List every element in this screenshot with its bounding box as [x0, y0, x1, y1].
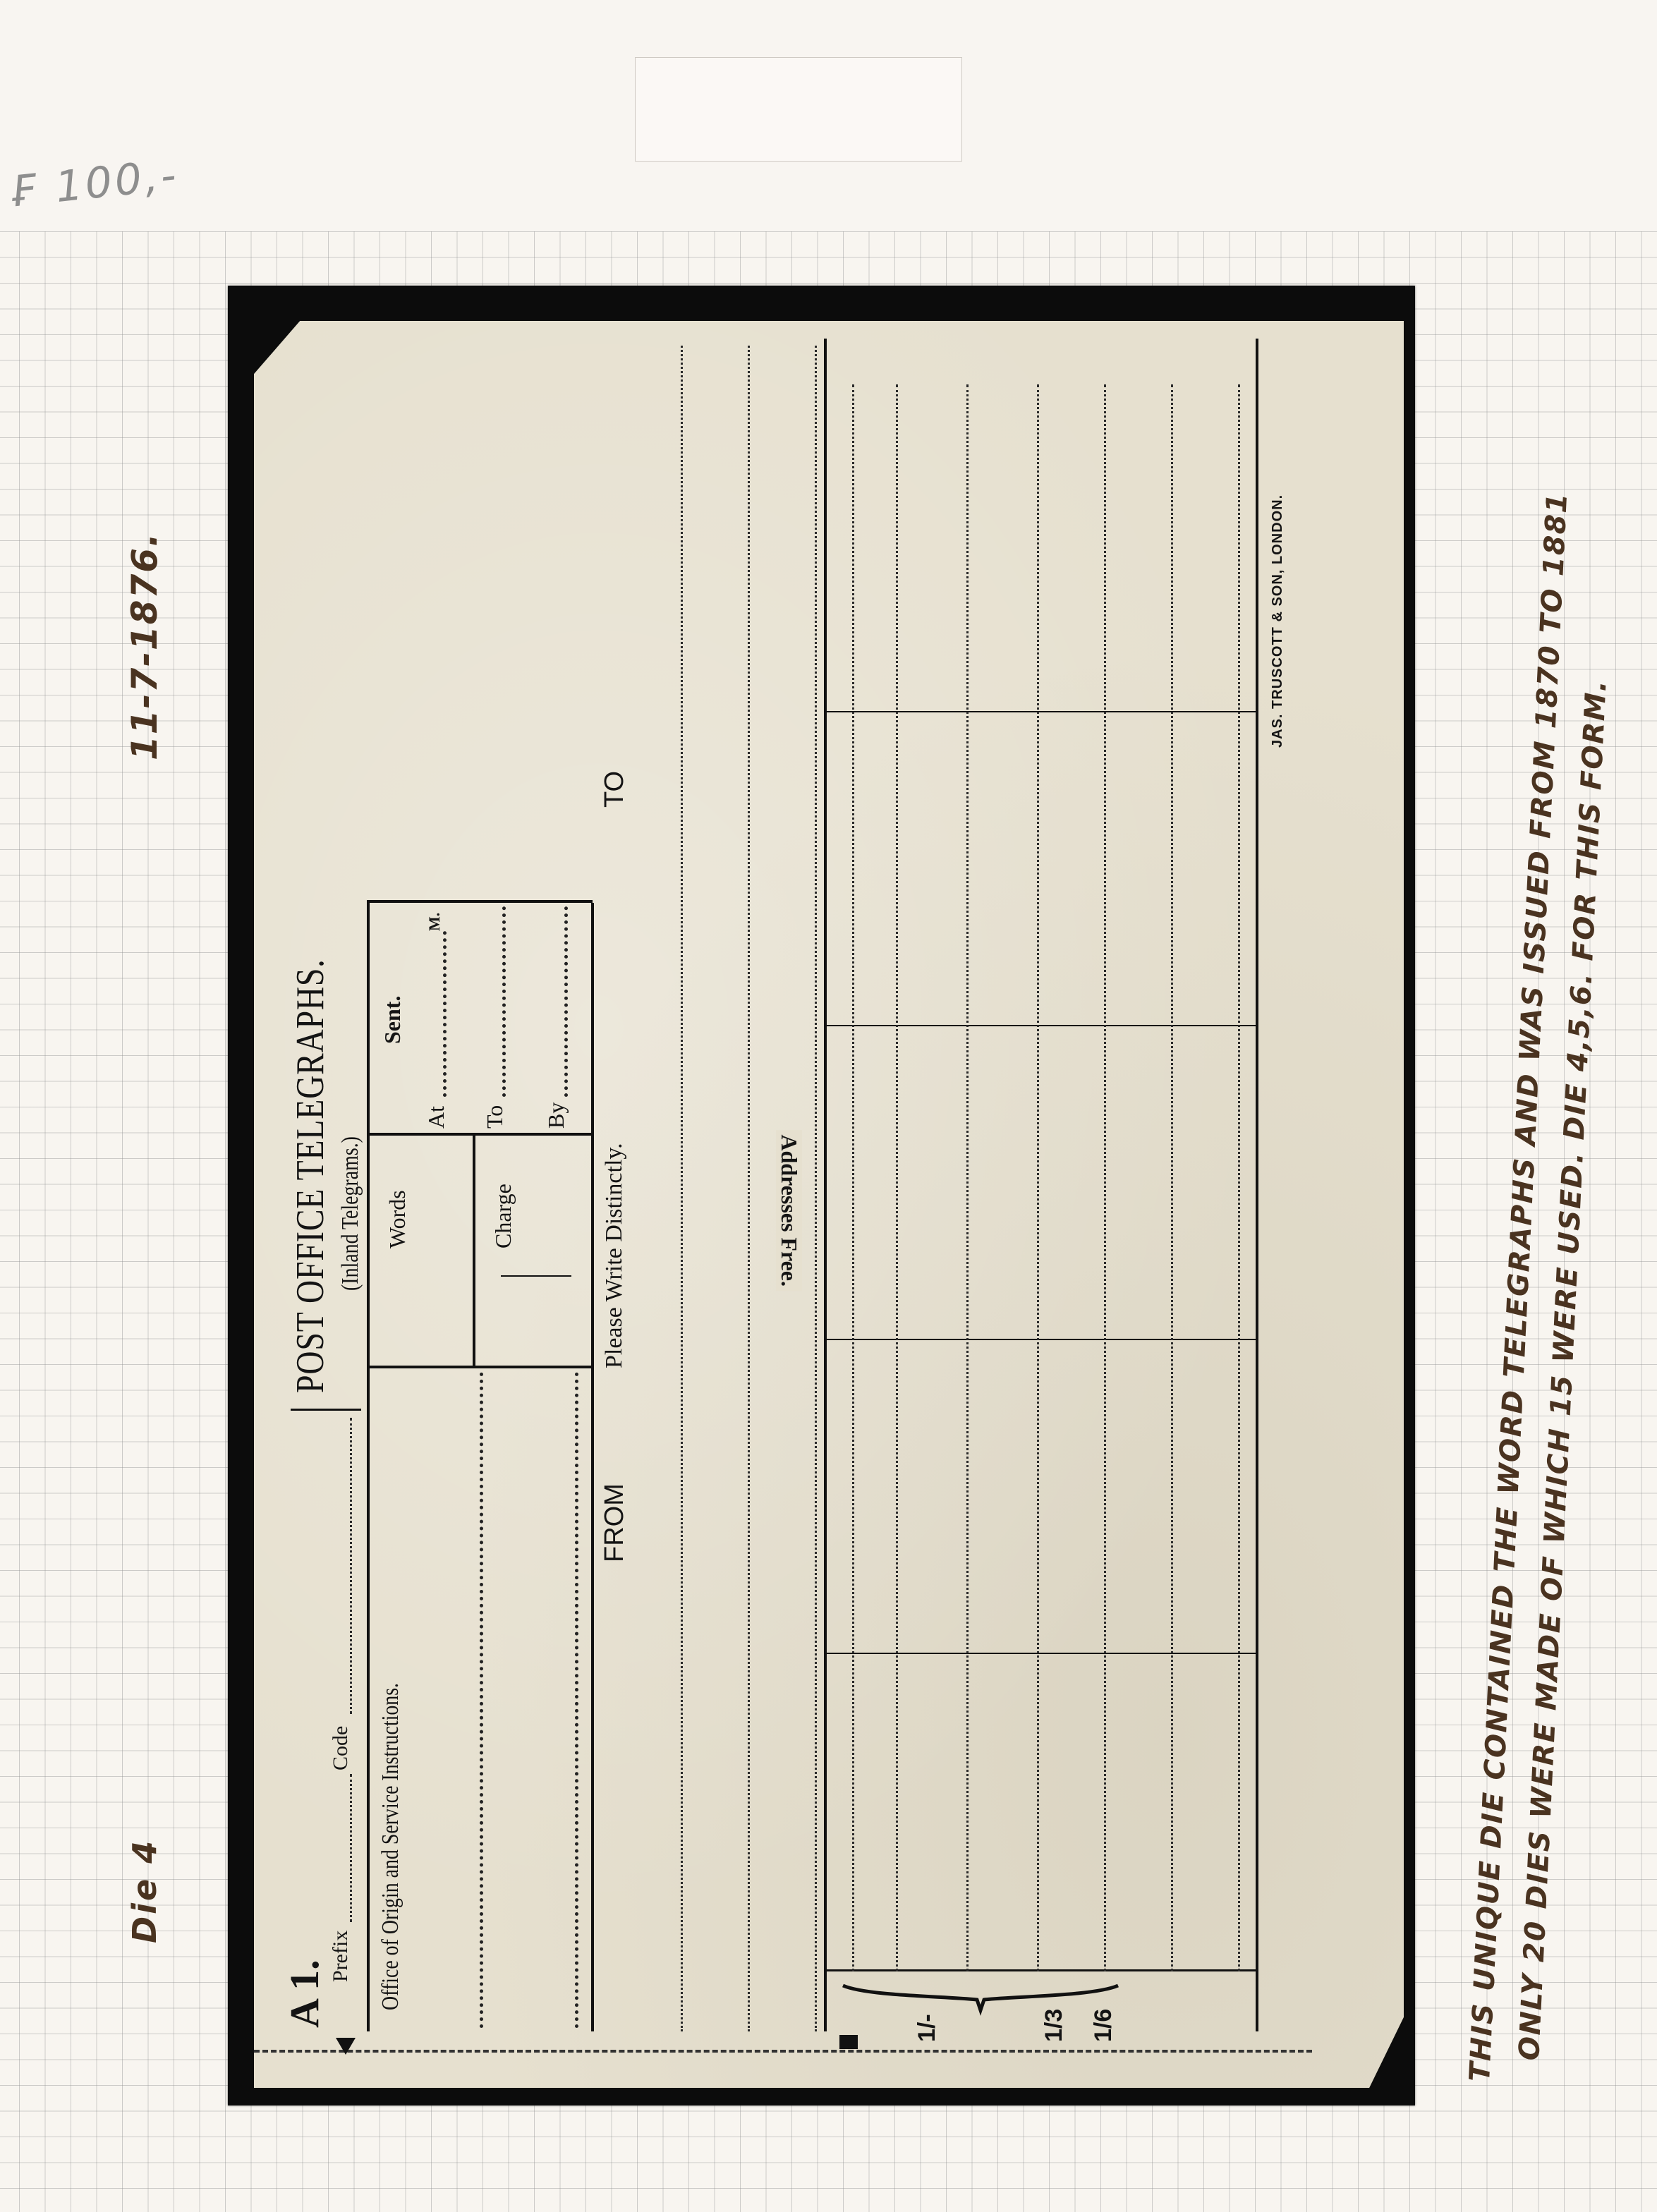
- code-dotted-line: [350, 1418, 352, 1714]
- sent-at-line: [443, 931, 447, 1097]
- notch-mark-1: [336, 2038, 356, 2055]
- prefix-label: Prefix: [329, 1931, 353, 1982]
- charge-value-line: [501, 1275, 571, 1277]
- form-title: POST OFFICE TELEGRAPHS.: [288, 959, 333, 1393]
- form-number: A 1.: [281, 1959, 328, 2028]
- please-write-label: Please Write Distinctly.: [601, 1143, 628, 1368]
- address-line-3: [815, 346, 817, 2031]
- code-label: Code: [329, 1726, 353, 1770]
- sent-by-label: By: [543, 1102, 569, 1129]
- sent-at-label: At: [423, 1106, 449, 1129]
- form-subtitle: (Inland Telegrams.): [337, 1136, 364, 1291]
- message-line-4: [1037, 384, 1039, 1971]
- scale-label-1s: 1/-: [914, 2014, 941, 2042]
- prefix-dotted-line: [350, 1774, 352, 1922]
- grid-col-2: [824, 1653, 1256, 1654]
- message-line-2: [896, 384, 898, 1971]
- sent-label: Sent.: [380, 996, 406, 1044]
- charge-label: Charge: [490, 1184, 516, 1248]
- grid-col-1: [824, 1969, 1256, 1971]
- box-top-line: [367, 903, 370, 2031]
- words-label: Words: [384, 1190, 411, 1248]
- box-right-line: [367, 900, 593, 903]
- address-line-2: [748, 346, 750, 2031]
- brace-icon: [839, 1975, 1122, 2017]
- from-heading: FROM: [600, 1483, 630, 1562]
- office-dotted-line-1: [480, 1372, 483, 2028]
- box-bottom-line: [591, 903, 594, 2031]
- message-line-6: [1171, 384, 1173, 1971]
- address-line-1: [681, 346, 683, 2031]
- sent-to-label: To: [482, 1105, 508, 1129]
- message-line-5: [1104, 384, 1106, 1971]
- notch-mark-2: [839, 2035, 858, 2049]
- scale-label-1s3d: 1/3: [1040, 2009, 1068, 2042]
- to-heading: TO: [600, 771, 630, 808]
- tear-line: [254, 2047, 1312, 2053]
- message-area-right-line: [1256, 339, 1258, 2031]
- office-origin-label: Office of Origin and Service Instruction…: [377, 1683, 404, 2010]
- grid-col-5: [824, 711, 1256, 712]
- telegram-form-card: A 1. Prefix Code POST OFFICE TELEGRAPHS.…: [254, 321, 1404, 2088]
- message-line-1: [852, 384, 854, 1971]
- message-line-3: [966, 384, 969, 1971]
- scale-label-1s6d: 1/6: [1090, 2009, 1117, 2042]
- addresses-free-label: Addresses Free.: [776, 1130, 802, 1291]
- sent-at-suffix: M.: [425, 913, 444, 931]
- printer-imprint: JAS. TRUSCOTT & SON, LONDON.: [1270, 494, 1286, 748]
- title-separator: [291, 1409, 361, 1411]
- telegram-form-rotated: A 1. Prefix Code POST OFFICE TELEGRAPHS.…: [254, 321, 1404, 2088]
- date-annotation: 11-7-1876.: [124, 532, 165, 760]
- grid-col-4: [824, 1025, 1256, 1026]
- pencil-price-note: ₣ 100,-: [7, 150, 181, 217]
- sent-left-line: [367, 1133, 593, 1136]
- grid-col-3: [824, 1339, 1256, 1340]
- words-charge-divider: [473, 1136, 475, 1368]
- message-line-7: [1238, 384, 1240, 1971]
- office-dotted-line-2: [575, 1372, 578, 2028]
- title-placeholder-box: [635, 57, 962, 162]
- message-area-top-line: [824, 339, 827, 2031]
- sent-by-line: [564, 906, 568, 1097]
- words-left-line: [367, 1366, 593, 1368]
- die-annotation: Die 4: [126, 1839, 164, 1943]
- sent-to-line: [502, 906, 506, 1097]
